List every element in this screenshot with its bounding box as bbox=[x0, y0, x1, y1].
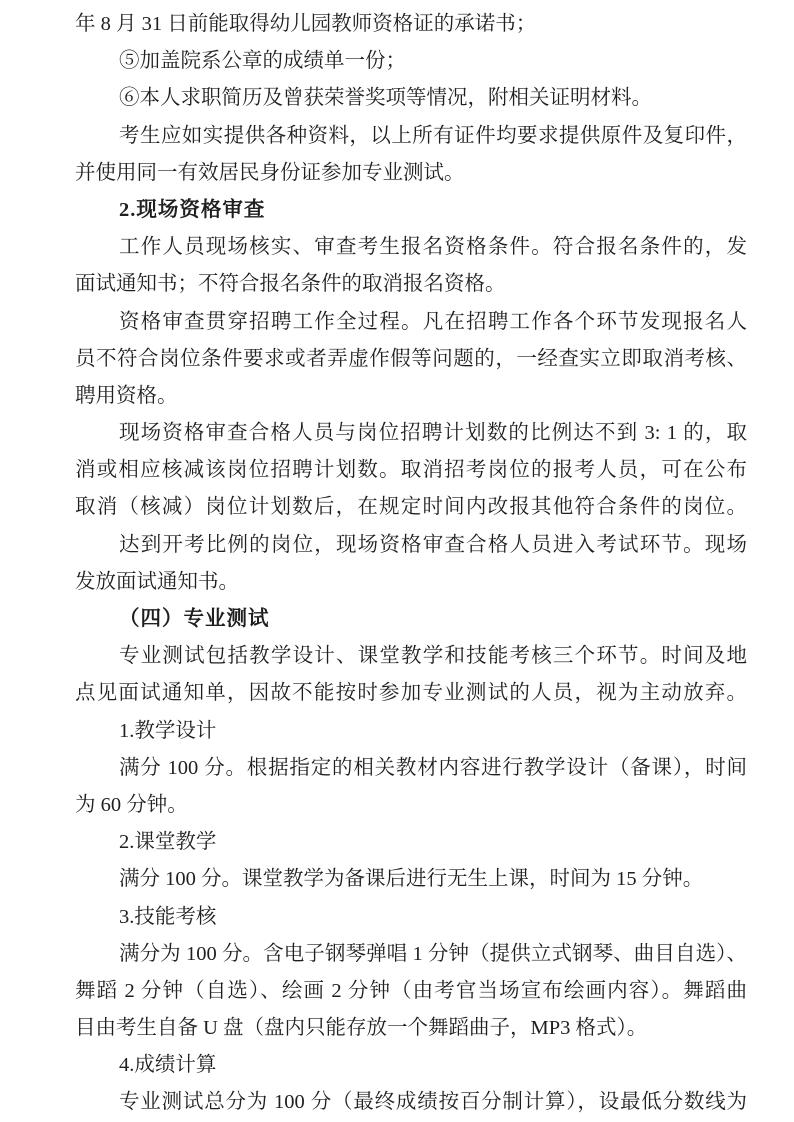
document-body: 年 8 月 31 日前能取得幼儿园教师资格证的承诺书；⑤加盖院系公章的成绩单一份… bbox=[75, 6, 747, 1122]
text-line: 1.教学设计 bbox=[75, 713, 747, 750]
text-line: 为 60 分钟。 bbox=[75, 787, 747, 824]
text-line: 消或相应核减该岗位招聘计划数。取消招考岗位的报考人员，可在公布 bbox=[75, 452, 747, 489]
text-line: 满分 100 分。根据指定的相关教材内容进行教学设计（备课），时间 bbox=[75, 750, 747, 787]
document-page: 年 8 月 31 日前能取得幼儿园教师资格证的承诺书；⑤加盖院系公章的成绩单一份… bbox=[0, 0, 794, 1122]
text-line: 员不符合岗位条件要求或者弄虚作假等问题的，一经查实立即取消考核、 bbox=[75, 341, 747, 378]
text-line: 目由考生自备 U 盘（盘内只能存放一个舞蹈曲子，MP3 格式）。 bbox=[75, 1010, 747, 1047]
text-line: 面试通知书；不符合报名条件的取消报名资格。 bbox=[75, 266, 747, 303]
text-line: 工作人员现场核实、审查考生报名资格条件。符合报名条件的，发 bbox=[75, 229, 747, 266]
text-line: 资格审查贯穿招聘工作全过程。凡在招聘工作各个环节发现报名人 bbox=[75, 304, 747, 341]
section-heading: 2.现场资格审查 bbox=[75, 192, 747, 229]
section-heading: （四）专业测试 bbox=[75, 601, 747, 638]
text-line: 舞蹈 2 分钟（自选）、绘画 2 分钟（由考官当场宣布绘画内容）。舞蹈曲 bbox=[75, 973, 747, 1010]
text-line: 满分为 100 分。含电子钢琴弹唱 1 分钟（提供立式钢琴、曲目自选）、 bbox=[75, 936, 747, 973]
text-line: 现场资格审查合格人员与岗位招聘计划数的比例达不到 3: 1 的，取 bbox=[75, 415, 747, 452]
text-line: 满分 100 分。课堂教学为备课后进行无生上课，时间为 15 分钟。 bbox=[75, 861, 747, 898]
text-line: 2.课堂教学 bbox=[75, 824, 747, 861]
text-line: 年 8 月 31 日前能取得幼儿园教师资格证的承诺书； bbox=[75, 6, 747, 43]
text-line: 专业测试包括教学设计、课堂教学和技能考核三个环节。时间及地 bbox=[75, 638, 747, 675]
text-line: 聘用资格。 bbox=[75, 378, 747, 415]
text-line: 达到开考比例的岗位，现场资格审查合格人员进入考试环节。现场 bbox=[75, 527, 747, 564]
text-line: 专业测试总分为 100 分（最终成绩按百分制计算），设最低分数线为 bbox=[75, 1084, 747, 1121]
text-line: 发放面试通知书。 bbox=[75, 564, 747, 601]
text-line: ⑥本人求职简历及曾获荣誉奖项等情况，附相关证明材料。 bbox=[75, 80, 747, 117]
text-line: 并使用同一有效居民身份证参加专业测试。 bbox=[75, 155, 747, 192]
text-line: 点见面试通知单，因故不能按时参加专业测试的人员，视为主动放弃。 bbox=[75, 675, 747, 712]
text-line: 4.成绩计算 bbox=[75, 1047, 747, 1084]
text-line: 3.技能考核 bbox=[75, 899, 747, 936]
text-line: 取消（核减）岗位计划数后，在规定时间内改报其他符合条件的岗位。 bbox=[75, 489, 747, 526]
text-line: 考生应如实提供各种资料，以上所有证件均要求提供原件及复印件， bbox=[75, 118, 747, 155]
text-line: ⑤加盖院系公章的成绩单一份； bbox=[75, 43, 747, 80]
